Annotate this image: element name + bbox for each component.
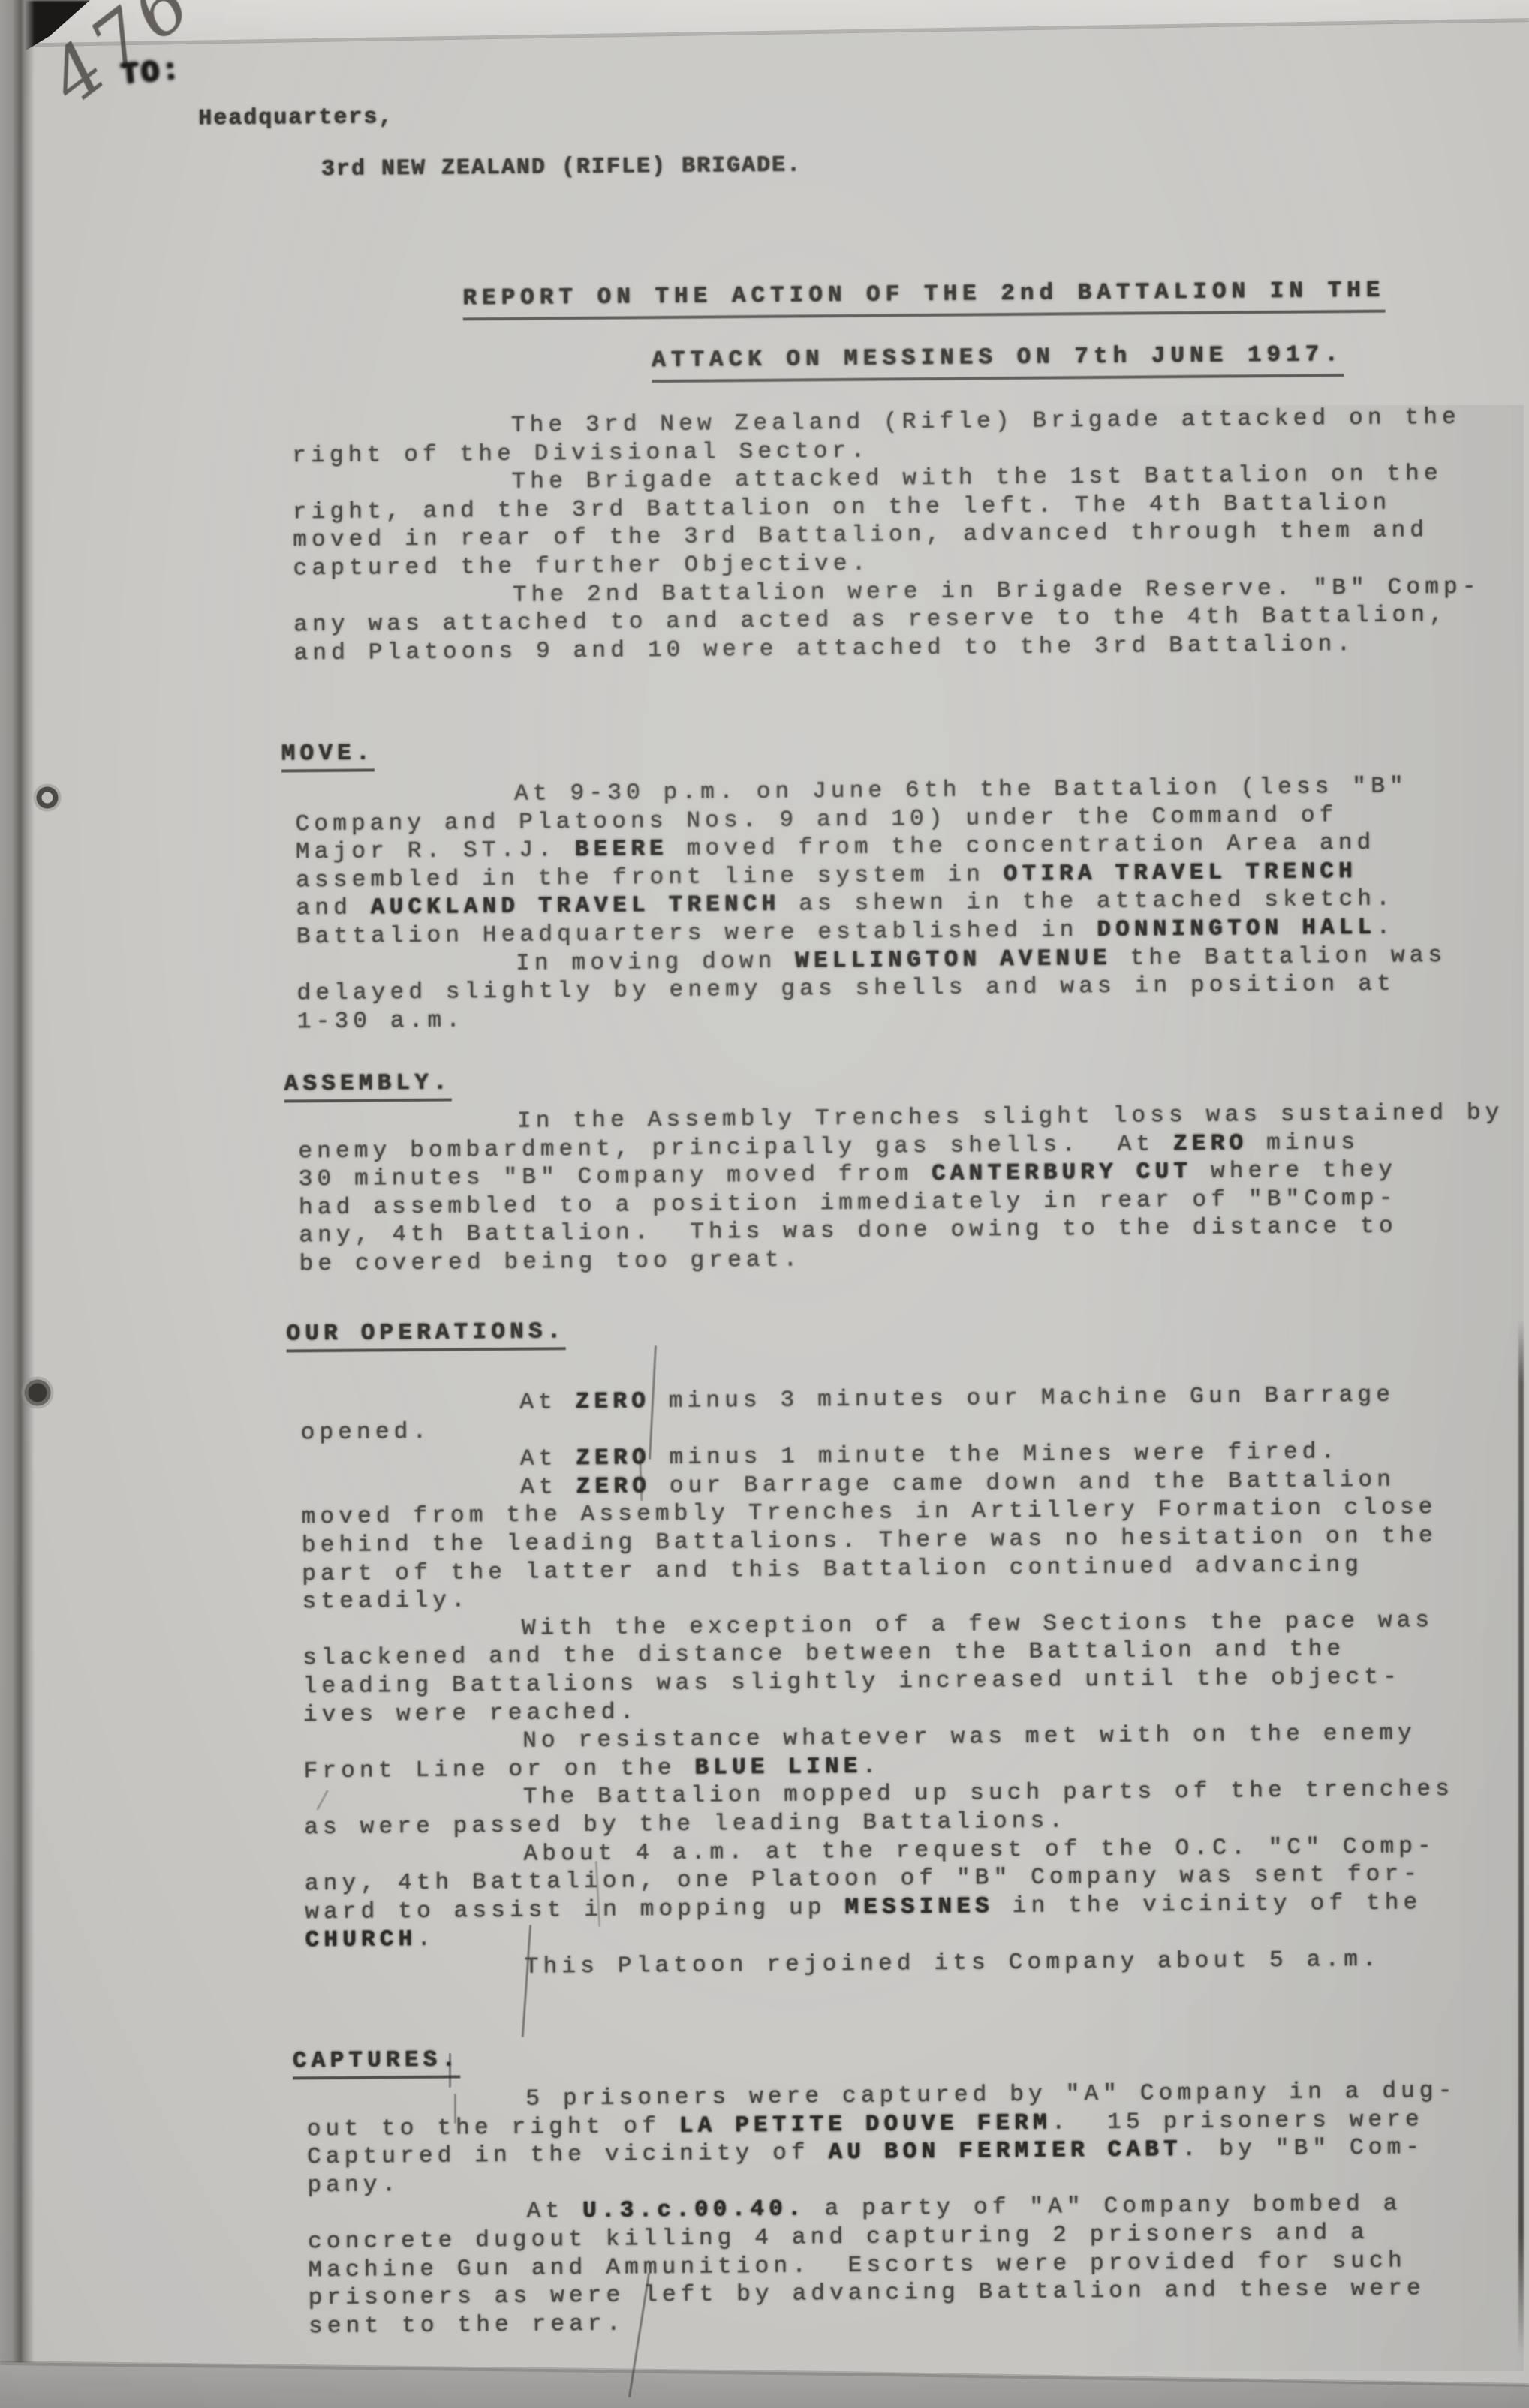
section-heading: OUR OPERATIONS. — [286, 1318, 565, 1352]
section-heading: CAPTURES. — [293, 2046, 461, 2079]
section-our-operations: OUR OPERATIONS. At ZERO minus 3 minutes … — [299, 1310, 1529, 1984]
section-body: 5 prisoners were captured by "A" Company… — [306, 2077, 1529, 2342]
report-title-line-2: ATTACK ON MESSINES ON 7th JUNE 1917. — [652, 341, 1344, 383]
intro-paragraphs: The 3rd New Zealand (Rifle) Brigade atta… — [292, 404, 1518, 669]
paragraph: In moving down WELLINGTON AVENUE the Bat… — [296, 942, 1521, 1037]
paragraph: The 3rd New Zealand (Rifle) Brigade atta… — [292, 404, 1516, 470]
paragraph: At ZERO minus 3 minutes our Machine Gun … — [300, 1381, 1524, 1448]
paragraph: At 9-30 p.m. on June 6th the Battalion (… — [295, 772, 1520, 952]
paragraph: About 4 a.m. at the request of the O.C. … — [304, 1832, 1528, 1956]
addressee-unit: 3rd NEW ZEALAND (RIFLE) BRIGADE. — [321, 152, 802, 182]
paragraph: At ZERO our Barrage came down and the Ba… — [301, 1466, 1526, 1617]
section-move: MOVE. At 9-30 p.m. on June 6th the Batta… — [295, 730, 1521, 1037]
section-heading: ASSEMBLY. — [284, 1070, 452, 1103]
paragraph: The Brigade attacked with the 1st Battal… — [293, 460, 1517, 584]
section-body: In the Assembly Trenches slight loss was… — [298, 1099, 1523, 1279]
section-assembly: ASSEMBLY. In the Assembly Trenches sligh… — [297, 1060, 1522, 1279]
section-heading: MOVE. — [281, 740, 375, 772]
section-captures: CAPTURES. 5 prisoners were captured by "… — [306, 2037, 1529, 2342]
document-scan: 476 TO: Headquarters, 3rd NEW ZEALAND (R… — [0, 0, 1529, 2408]
paragraph: 5 prisoners were captured by "A" Company… — [306, 2077, 1529, 2201]
paragraph: The 2nd Battalion were in Brigade Reserv… — [293, 573, 1518, 669]
to-label: TO: — [119, 53, 183, 93]
section-body: At 9-30 p.m. on June 6th the Battalion (… — [295, 772, 1521, 1037]
typed-page: 476 TO: Headquarters, 3rd NEW ZEALAND (R… — [0, 0, 1529, 2408]
section-body: At ZERO minus 3 minutes our Machine Gun … — [300, 1381, 1529, 1984]
paragraph: No resistance whatever was met with on t… — [303, 1719, 1527, 1786]
paragraph: In the Assembly Trenches slight loss was… — [298, 1099, 1523, 1279]
paragraph: The Battalion mopped up such parts of th… — [304, 1775, 1528, 1842]
report-title-line-1: REPORT ON THE ACTION OF THE 2nd BATTALIO… — [462, 278, 1385, 321]
paragraph: At U.3.c.00.40. a party of "A" Company b… — [308, 2190, 1529, 2341]
addressee-line: Headquarters, — [198, 104, 393, 131]
paragraph: With the exception of a few Sections the… — [302, 1607, 1527, 1730]
